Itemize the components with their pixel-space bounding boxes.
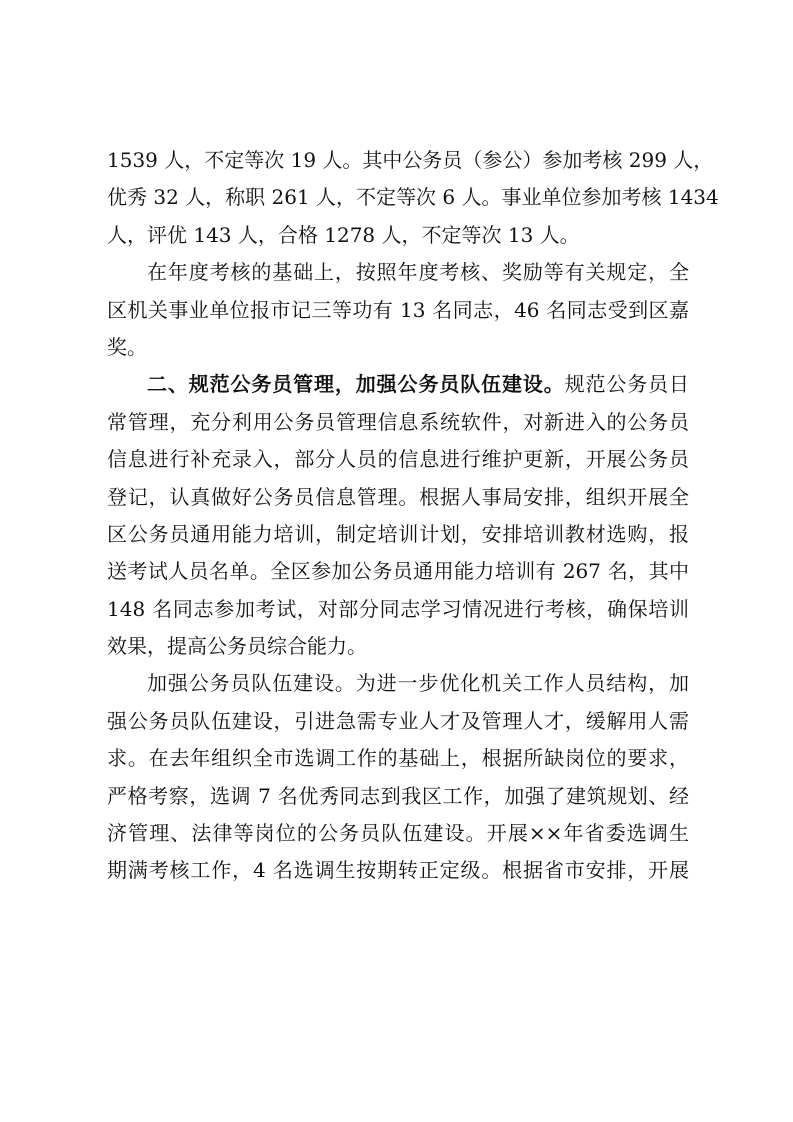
text-line: 严格考察，选调 7 名优秀同志到我区工作，加强了建筑规划、经 [107, 778, 689, 815]
paragraph-section-two: 二、规范公务员管理，加强公务员队伍建设。规范公务员日 常管理，充分利用公务员管理… [107, 366, 689, 665]
text-line: 1539 人，不定等次 19 人。其中公务员（参公）参加考核 299 人， [107, 142, 689, 179]
text-line: 常管理，充分利用公务员管理信息系统软件，对新进入的公务员 [107, 404, 689, 441]
text-line: 人，评优 143 人，合格 1278 人，不定等次 13 人。 [107, 217, 689, 254]
heading-line-rest: 规范公务员日 [565, 372, 689, 396]
text-line: 强公务员队伍建设，引进急需专业人才及管理人才，缓解用人需 [107, 703, 689, 740]
text-line: 在年度考核的基础上，按照年度考核、奖励等有关规定，全 [107, 254, 689, 291]
paragraph-assessment-stats: 1539 人，不定等次 19 人。其中公务员（参公）参加考核 299 人， 优秀… [107, 142, 689, 254]
text-line: 区机关事业单位报市记三等功有 13 名同志，46 名同志受到区嘉 [107, 292, 689, 329]
text-line: 区公务员通用能力培训，制定培训计划，安排培训教材选购，报 [107, 516, 689, 553]
text-line: 加强公务员队伍建设。为进一步优化机关工作人员结构，加 [107, 665, 689, 702]
text-line: 148 名同志参加考试，对部分同志学习情况进行考核，确保培训 [107, 591, 689, 628]
text-line: 奖。 [107, 329, 689, 366]
text-line: 效果，提高公务员综合能力。 [107, 628, 689, 665]
text-line: 送考试人员名单。全区参加公务员通用能力培训有 267 名，其中 [107, 553, 689, 590]
section-heading: 二、规范公务员管理，加强公务员队伍建设。 [147, 372, 565, 396]
text-line: 期满考核工作，4 名选调生按期转正定级。根据省市安排，开展 [107, 852, 689, 889]
paragraph-team-building: 加强公务员队伍建设。为进一步优化机关工作人员结构，加 强公务员队伍建设，引进急需… [107, 665, 689, 889]
text-line: 信息进行补充录入，部分人员的信息进行维护更新，开展公务员 [107, 441, 689, 478]
document-page: 1539 人，不定等次 19 人。其中公务员（参公）参加考核 299 人， 优秀… [107, 142, 689, 890]
text-line: 二、规范公务员管理，加强公务员队伍建设。规范公务员日 [107, 366, 689, 403]
text-line: 求。在去年组织全市选调工作的基础上，根据所缺岗位的要求， [107, 740, 689, 777]
text-line: 登记，认真做好公务员信息管理。根据人事局安排，组织开展全 [107, 479, 689, 516]
text-line: 济管理、法律等岗位的公务员队伍建设。开展××年省委选调生 [107, 815, 689, 852]
text-line: 优秀 32 人，称职 261 人，不定等次 6 人。事业单位参加考核 1434 [107, 179, 689, 216]
paragraph-awards: 在年度考核的基础上，按照年度考核、奖励等有关规定，全 区机关事业单位报市记三等功… [107, 254, 689, 366]
